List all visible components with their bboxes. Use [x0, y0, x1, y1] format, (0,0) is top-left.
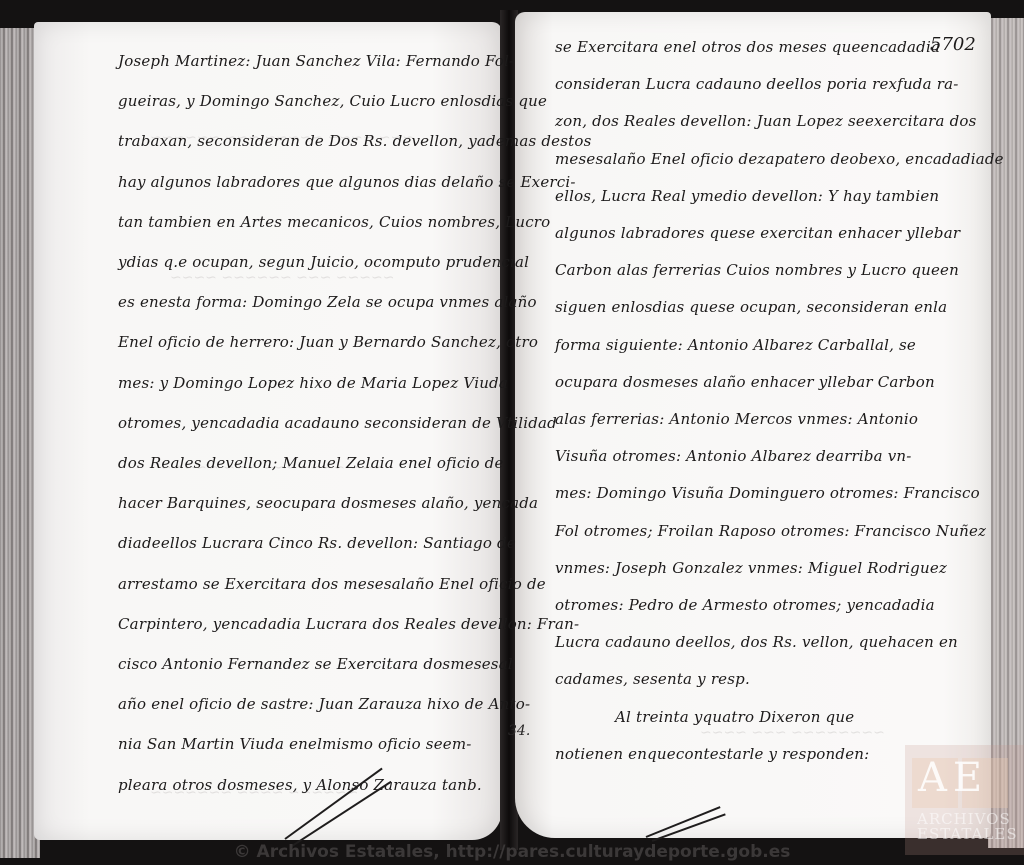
- manuscript-line: Visuña otromes: Antonio Albarez dearriba…: [555, 447, 912, 465]
- manuscript-line: hacer Barquines, seocupara dosmeses alañ…: [118, 494, 538, 512]
- margin-question-number: 34.: [508, 723, 530, 739]
- manuscript-line: año enel oficio de sastre: Juan Zarauza …: [118, 695, 530, 713]
- manuscript-line: forma siguiente: Antonio Albarez Carball…: [555, 336, 916, 354]
- manuscript-line: trabaxan, seconsideran de Dos Rs. devell…: [118, 132, 591, 150]
- manuscript-line: siguen enlosdias quese ocupan, seconside…: [555, 298, 947, 316]
- manuscript-line: Enel oficio de herrero: Juan y Bernardo …: [118, 333, 538, 351]
- manuscript-line: Carbon alas ferrerias Cuios nombres y Lu…: [555, 261, 959, 279]
- manuscript-line: otromes, yencadadia acadauno seconsidera…: [118, 414, 557, 432]
- manuscript-line: otromes: Pedro de Armesto otromes; yenca…: [555, 596, 935, 614]
- manuscript-line: se Exercitara enel otros dos meses queen…: [555, 38, 940, 56]
- manuscript-line: pleara otros dosmeses, y Alonso Zarauza …: [118, 776, 482, 794]
- manuscript-line: gueiras, y Domingo Sanchez, Cuio Lucro e…: [118, 92, 547, 110]
- manuscript-line: arrestamo se Exercitara dos mesesalaño E…: [118, 575, 546, 593]
- manuscript-line: mes: y Domingo Lopez hixo de Maria Lopez…: [118, 374, 508, 392]
- manuscript-line: Al treinta yquatro Dixeron que: [615, 708, 854, 726]
- manuscript-line: vnmes: Joseph Gonzalez vnmes: Miguel Rod…: [555, 559, 947, 577]
- watermark-logo: AE: [918, 755, 988, 801]
- manuscript-line: notienen enquecontestarle y responden:: [555, 745, 869, 763]
- manuscript-line: Joseph Martinez: Juan Sanchez Vila: Fern…: [118, 52, 514, 70]
- manuscript-line: mes: Domingo Visuña Dominguero otromes: …: [555, 484, 980, 502]
- manuscript-line: Carpintero, yencadadia Lucrara dos Reale…: [118, 615, 579, 633]
- bleed-through-text: ~~~~~ ~~~ ~~~~~~ ~~~~: [170, 270, 395, 286]
- manuscript-line: Fol otromes; Froilan Raposo otromes: Fra…: [555, 522, 986, 540]
- manuscript-line: es enesta forma: Domingo Zela se ocupa v…: [118, 293, 537, 311]
- manuscript-line: alas ferrerias: Antonio Mercos vnmes: An…: [555, 410, 918, 428]
- manuscript-line: ocupara dosmeses alaño enhacer yllebar C…: [555, 373, 935, 391]
- manuscript-line: diadeellos Lucrara Cinco Rs. devellon: S…: [118, 534, 516, 552]
- manuscript-line: algunos labradores quese exercitan enhac…: [555, 224, 960, 242]
- watermark-name: ARCHIVOS ESTATALES: [917, 812, 1018, 842]
- manuscript-line: ydias q.e ocupan, segun Juicio, ocomputo…: [118, 253, 529, 271]
- manuscript-line: Lucra cadauno deellos, dos Rs. vellon, q…: [555, 633, 958, 651]
- manuscript-line: cisco Antonio Fernandez se Exercitara do…: [118, 655, 513, 673]
- manuscript-line: dos Reales devellon; Manuel Zelaia enel …: [118, 454, 504, 472]
- manuscript-line: tan tambien en Artes mecanicos, Cuios no…: [118, 213, 550, 231]
- manuscript-line: nia San Martin Viuda enelmismo oficio se…: [118, 735, 472, 753]
- manuscript-line: consideran Lucra cadauno deellos poria r…: [555, 75, 959, 93]
- manuscript-line: mesesalaño Enel oficio dezapatero deobex…: [555, 150, 1004, 168]
- manuscript-line: ellos, Lucra Real ymedio devellon: Y hay…: [555, 187, 939, 205]
- copyright-footer: © Archivos Estatales, http://pares.cultu…: [0, 841, 1024, 865]
- manuscript-line: zon, dos Reales devellon: Juan Lopez see…: [555, 112, 977, 130]
- bleed-through-text: ~~~~~~~~ ~~~ ~~~~: [700, 725, 885, 741]
- book-edge-right: [988, 18, 1024, 848]
- watermark-name-line2: ESTATALES: [917, 827, 1018, 842]
- folio-number: 5702: [930, 34, 976, 55]
- manuscript-line: hay algunos labradores que algunos dias …: [118, 173, 576, 191]
- manuscript-scan: ~~~ ~~~~ ~~~~~ ~~~ ~~~~~~ ~~~~~ ~~~ ~~~~…: [0, 0, 1024, 865]
- manuscript-line: cadames, sesenta y resp.: [555, 670, 750, 688]
